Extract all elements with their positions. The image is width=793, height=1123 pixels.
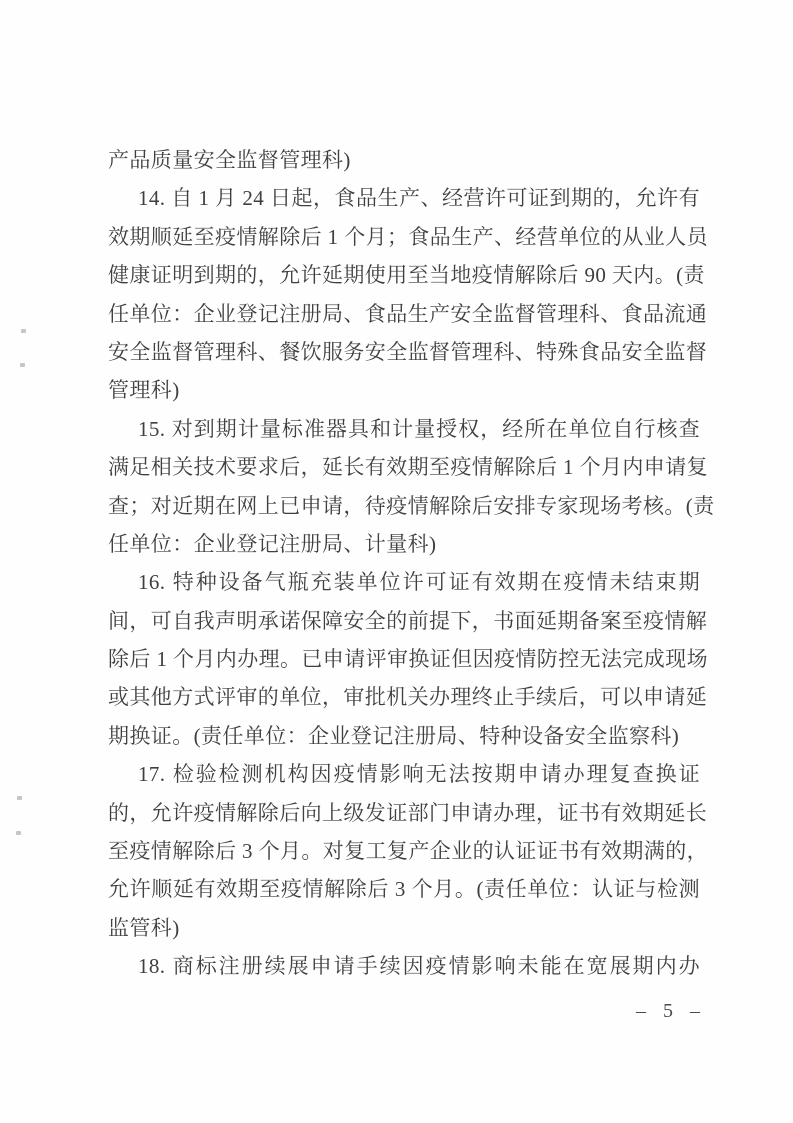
- text-line: 15. 对到期计量标准器具和计量授权，经所在单位自行核查: [108, 410, 700, 448]
- scan-speck: [17, 796, 22, 800]
- document-body: 产品质量安全监督管理科)14. 自 1 月 24 日起，食品生产、经营许可证到期…: [108, 141, 700, 986]
- scan-speck: [16, 831, 21, 835]
- text-line: 任单位：企业登记注册局、食品生产安全监督管理科、食品流通: [108, 295, 700, 333]
- text-line: 允许顺延有效期至疫情解除后 3 个月。(责任单位：认证与检测: [108, 870, 700, 908]
- scan-speck: [21, 329, 26, 333]
- text-line: 任单位：企业登记注册局、计量科): [108, 525, 700, 563]
- text-line: 管理科): [108, 371, 700, 409]
- scan-speck: [20, 363, 25, 367]
- page-number: – 5 –: [636, 1000, 706, 1023]
- text-line: 产品质量安全监督管理科): [108, 141, 700, 179]
- text-line: 健康证明到期的，允许延期使用至当地疫情解除后 90 天内。(责: [108, 256, 700, 294]
- text-line: 安全监督管理科、餐饮服务安全监督管理科、特殊食品安全监督: [108, 333, 700, 371]
- text-line: 或其他方式评审的单位，审批机关办理终止手续后，可以申请延: [108, 678, 700, 716]
- text-line: 期换证。(责任单位：企业登记注册局、特种设备安全监察科): [108, 717, 700, 755]
- document-page: 产品质量安全监督管理科)14. 自 1 月 24 日起，食品生产、经营许可证到期…: [0, 0, 793, 1123]
- text-line: 查；对近期在网上已申请，待疫情解除后安排专家现场考核。(责: [108, 487, 700, 525]
- text-line: 14. 自 1 月 24 日起，食品生产、经营许可证到期的，允许有: [108, 179, 700, 217]
- text-line: 监管科): [108, 909, 700, 947]
- text-line: 至疫情解除后 3 个月。对复工复产企业的认证证书有效期满的，: [108, 832, 700, 870]
- text-line: 17. 检验检测机构因疫情影响无法按期申请办理复查换证: [108, 755, 700, 793]
- text-line: 16. 特种设备气瓶充装单位许可证有效期在疫情未结束期: [108, 563, 700, 601]
- text-line: 的，允许疫情解除后向上级发证部门申请办理，证书有效期延长: [108, 794, 700, 832]
- text-line: 满足相关技术要求后，延长有效期至疫情解除后 1 个月内申请复: [108, 448, 700, 486]
- text-line: 18. 商标注册续展申请手续因疫情影响未能在宽展期内办: [108, 947, 700, 985]
- text-line: 效期顺延至疫情解除后 1 个月；食品生产、经营单位的从业人员: [108, 218, 700, 256]
- text-line: 除后 1 个月内办理。已申请评审换证但因疫情防控无法完成现场: [108, 640, 700, 678]
- text-line: 间，可自我声明承诺保障安全的前提下，书面延期备案至疫情解: [108, 602, 700, 640]
